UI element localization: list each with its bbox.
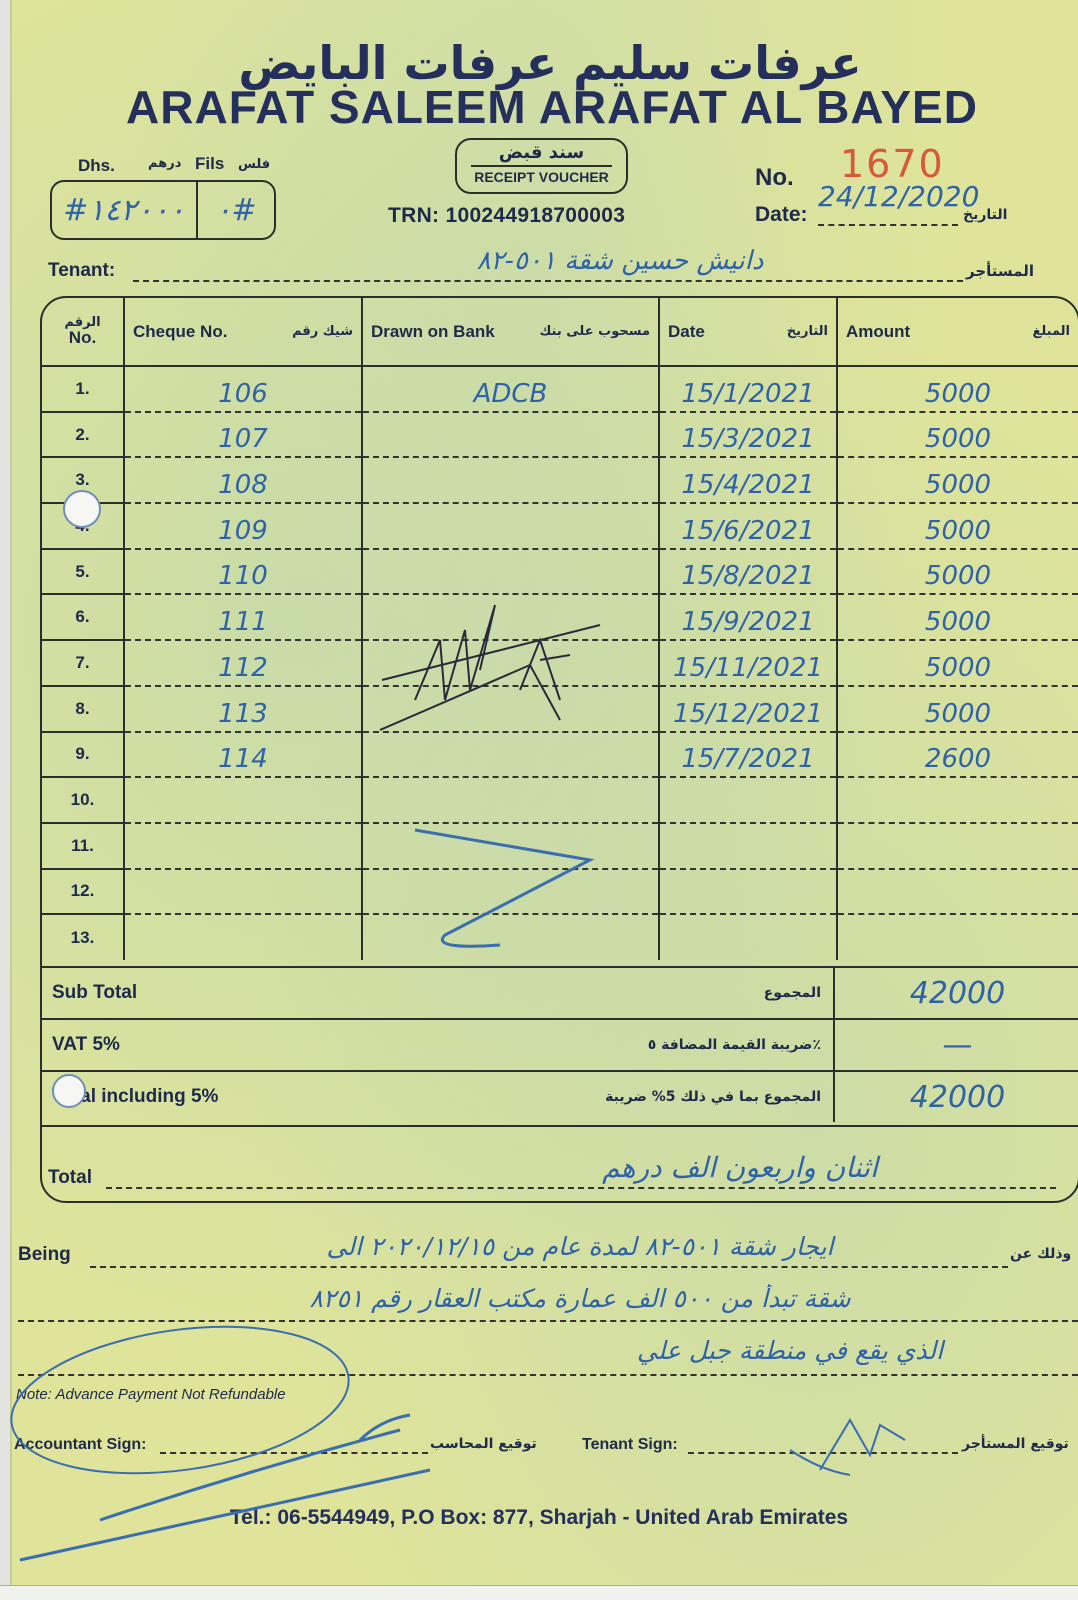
- tenant-value: دانيش حسين شقة ٥٠١-٨٢: [340, 246, 900, 276]
- voucher-title-arabic: سند قبض: [457, 142, 626, 163]
- cheque-amount: 5000: [837, 686, 1078, 732]
- vat-value: —: [835, 1020, 1078, 1070]
- contact-footer: Tel.: 06-5544949, P.O Box: 877, Sharjah …: [0, 1506, 1078, 1530]
- column-header-no-arabic: الرقم: [50, 316, 115, 330]
- row-number: 7.: [42, 640, 124, 686]
- date-label: Date:: [755, 203, 808, 227]
- refund-note: Note: Advance Payment Not Refundable: [16, 1386, 286, 1403]
- being-line-1: [90, 1266, 1008, 1268]
- table-row: 8.11315/12/20215000: [42, 686, 1078, 732]
- voucher-divider: [471, 165, 612, 167]
- punch-hole-icon: [63, 490, 101, 528]
- amount-box: #١٤٢٠٠٠ ٠#: [50, 180, 276, 240]
- cheque-table: الرقم No. Cheque No. شيك رقم Drawn on Ba…: [42, 298, 1078, 960]
- subtotal-label: Sub Total: [52, 982, 137, 1004]
- cheque-number: [124, 869, 362, 915]
- cheque-amount: [837, 869, 1078, 915]
- underlying-page-edge: [0, 1585, 1078, 1600]
- company-name-english: ARAFAT SALEEM ARAFAT AL BAYED: [72, 80, 1032, 134]
- column-header-bank-english: Drawn on Bank: [371, 322, 495, 342]
- bank-name: [362, 869, 659, 915]
- tenant-label-arabic: المستأجر: [966, 262, 1034, 280]
- table-row: 7.11215/11/20215000: [42, 640, 1078, 686]
- cheque-number: 111: [124, 594, 362, 640]
- row-number: 5.: [42, 549, 124, 595]
- cheque-number: 112: [124, 640, 362, 686]
- vat-label: VAT 5%: [52, 1034, 120, 1056]
- bank-name: [362, 686, 659, 732]
- subtotal-row: Sub Total المجموع 42000: [40, 966, 1078, 1018]
- cheque-amount: 5000: [837, 549, 1078, 595]
- fils-label-arabic: فلس: [238, 157, 270, 172]
- column-header-cheque-english: Cheque No.: [133, 322, 227, 342]
- table-row: 11.: [42, 823, 1078, 869]
- cheque-amount: [837, 914, 1078, 960]
- cheque-number: 114: [124, 732, 362, 778]
- being-text-line-2: شقة تبدأ من ٥٠٠ الف عمارة مكتب العقار رق…: [100, 1284, 1060, 1313]
- column-header-date: Date التاريخ: [659, 298, 837, 366]
- table-row: 5.11015/8/20215000: [42, 549, 1078, 595]
- punch-hole-icon: [52, 1074, 86, 1108]
- cheque-number: [124, 777, 362, 823]
- bank-name: [362, 412, 659, 458]
- row-number: 1.: [42, 366, 124, 412]
- row-number: 9.: [42, 732, 124, 778]
- total-in-words: اثنان واربعون الف درهم: [460, 1151, 1020, 1184]
- cheque-amount: 5000: [837, 366, 1078, 412]
- column-header-bank-arabic: مسحوب على بنك: [539, 324, 650, 339]
- cheque-date: 15/12/2021: [659, 686, 837, 732]
- tenant-sign-line: [688, 1452, 958, 1454]
- column-header-cheque-arabic: شيك رقم: [292, 324, 353, 339]
- accountant-sign-line: [160, 1452, 428, 1454]
- cheque-date: [659, 869, 837, 915]
- cheque-number: 109: [124, 503, 362, 549]
- row-number: 2.: [42, 412, 124, 458]
- cheque-date: 15/11/2021: [659, 640, 837, 686]
- bank-name: [362, 914, 659, 960]
- table-row: 1.106ADCB15/1/20215000: [42, 366, 1078, 412]
- bank-name: [362, 732, 659, 778]
- cheque-date: [659, 914, 837, 960]
- subtotal-label-arabic: المجموع: [764, 985, 821, 1001]
- cheque-number: [124, 823, 362, 869]
- accountant-sign-label: Accountant Sign:: [14, 1436, 146, 1454]
- being-line-2: [18, 1320, 1078, 1322]
- total-line: [106, 1187, 1056, 1189]
- total-in-words-row: Total اثنان واربعون الف درهم: [40, 1125, 1078, 1203]
- bank-name: ADCB: [362, 366, 659, 412]
- trn-number: TRN: 100244918700003: [388, 204, 625, 228]
- cheque-table-header: الرقم No. Cheque No. شيك رقم Drawn on Ba…: [42, 298, 1078, 366]
- date-line: [818, 224, 958, 226]
- receipt-no-label: No.: [755, 164, 794, 192]
- cheque-amount: 5000: [837, 503, 1078, 549]
- vat-label-arabic: ضريبة القيمة المضافة ٥٪: [648, 1037, 821, 1053]
- dhs-label: Dhs.: [78, 156, 115, 176]
- cheque-amount: [837, 777, 1078, 823]
- cheque-number: 113: [124, 686, 362, 732]
- row-number: 10.: [42, 777, 124, 823]
- tenant-sign-label-arabic: توقيع المستأجر: [962, 1436, 1069, 1452]
- grand-total-row: Total including 5% المجموع بما في ذلك 5%…: [40, 1070, 1078, 1122]
- dhs-label-arabic: درهم: [148, 156, 181, 171]
- table-row: 13.: [42, 914, 1078, 960]
- cheque-amount: [837, 823, 1078, 869]
- cheque-amount: 5000: [837, 412, 1078, 458]
- tenant-label: Tenant:: [48, 260, 115, 282]
- date-label-arabic: التاريخ: [963, 207, 1007, 223]
- cheque-table-body: 1.106ADCB15/1/202150002.10715/3/20215000…: [42, 366, 1078, 960]
- being-line-3: [18, 1374, 1078, 1376]
- cheque-number: [124, 914, 362, 960]
- bank-name: [362, 777, 659, 823]
- bank-name: [362, 594, 659, 640]
- column-header-amount: Amount المبلغ: [837, 298, 1078, 366]
- date-value: 24/12/2020: [818, 180, 979, 213]
- tenant-sign-label: Tenant Sign:: [582, 1436, 678, 1454]
- cheque-date: 15/4/2021: [659, 457, 837, 503]
- grand-total-label-arabic: المجموع بما في ذلك 5% ضريبة: [605, 1089, 821, 1105]
- table-row: 3.10815/4/20215000: [42, 457, 1078, 503]
- table-row: 12.: [42, 869, 1078, 915]
- total-label: Total: [48, 1167, 92, 1189]
- table-row: 9.11415/7/20212600: [42, 732, 1078, 778]
- cheque-amount: 5000: [837, 640, 1078, 686]
- column-header-no-english: No.: [50, 329, 115, 347]
- being-text-line-3: الذي يقع في منطقة جبل علي: [520, 1336, 1060, 1365]
- column-header-amount-arabic: المبلغ: [1032, 324, 1070, 339]
- cheque-number: 107: [124, 412, 362, 458]
- cheque-date: [659, 777, 837, 823]
- cheque-date: 15/3/2021: [659, 412, 837, 458]
- cheque-amount: 2600: [837, 732, 1078, 778]
- column-header-date-arabic: التاريخ: [787, 324, 828, 339]
- table-row: 6.11115/9/20215000: [42, 594, 1078, 640]
- cheque-number: 108: [124, 457, 362, 503]
- row-number: 13.: [42, 914, 124, 960]
- row-number: 6.: [42, 594, 124, 640]
- column-header-bank: Drawn on Bank مسحوب على بنك: [362, 298, 659, 366]
- fils-label: Fils: [195, 154, 224, 174]
- cheque-amount: 5000: [837, 594, 1078, 640]
- voucher-title-english: RECEIPT VOUCHER: [457, 169, 626, 185]
- tenant-line: [133, 280, 963, 282]
- bank-name: [362, 640, 659, 686]
- row-number: 12.: [42, 869, 124, 915]
- bank-name: [362, 457, 659, 503]
- amount-fils-value: ٠#: [198, 182, 274, 238]
- accountant-sign-label-arabic: توقيع المحاسب: [430, 1436, 537, 1452]
- cheque-number: 110: [124, 549, 362, 595]
- cheque-date: 15/6/2021: [659, 503, 837, 549]
- table-row: 2.10715/3/20215000: [42, 412, 1078, 458]
- bank-name: [362, 549, 659, 595]
- row-number: 8.: [42, 686, 124, 732]
- cheque-date: [659, 823, 837, 869]
- row-number: 11.: [42, 823, 124, 869]
- bank-name: [362, 503, 659, 549]
- vat-row: VAT 5% ضريبة القيمة المضافة ٥٪ —: [40, 1018, 1078, 1070]
- subtotal-value: 42000: [835, 968, 1078, 1018]
- grand-total-value: 42000: [835, 1072, 1078, 1122]
- cheque-amount: 5000: [837, 457, 1078, 503]
- cheque-number: 106: [124, 366, 362, 412]
- table-row: 10.: [42, 777, 1078, 823]
- bank-name: [362, 823, 659, 869]
- cheque-date: 15/8/2021: [659, 549, 837, 595]
- table-row: 4.10915/6/20215000: [42, 503, 1078, 549]
- amount-dhs-value: #١٤٢٠٠٠: [52, 182, 198, 238]
- being-label: Being: [18, 1244, 71, 1266]
- cheque-date: 15/7/2021: [659, 732, 837, 778]
- receipt-voucher-badge: سند قبض RECEIPT VOUCHER: [455, 138, 628, 194]
- cheque-date: 15/9/2021: [659, 594, 837, 640]
- being-text-line-1: ايجار شقة ٥٠١-٨٢ لمدة عام من ٢٠٢٠/١٢/١٥ …: [100, 1232, 1060, 1261]
- cheque-date: 15/1/2021: [659, 366, 837, 412]
- column-header-no: الرقم No.: [42, 298, 124, 366]
- column-header-amount-english: Amount: [846, 322, 910, 342]
- column-header-cheque: Cheque No. شيك رقم: [124, 298, 362, 366]
- column-header-date-english: Date: [668, 322, 705, 342]
